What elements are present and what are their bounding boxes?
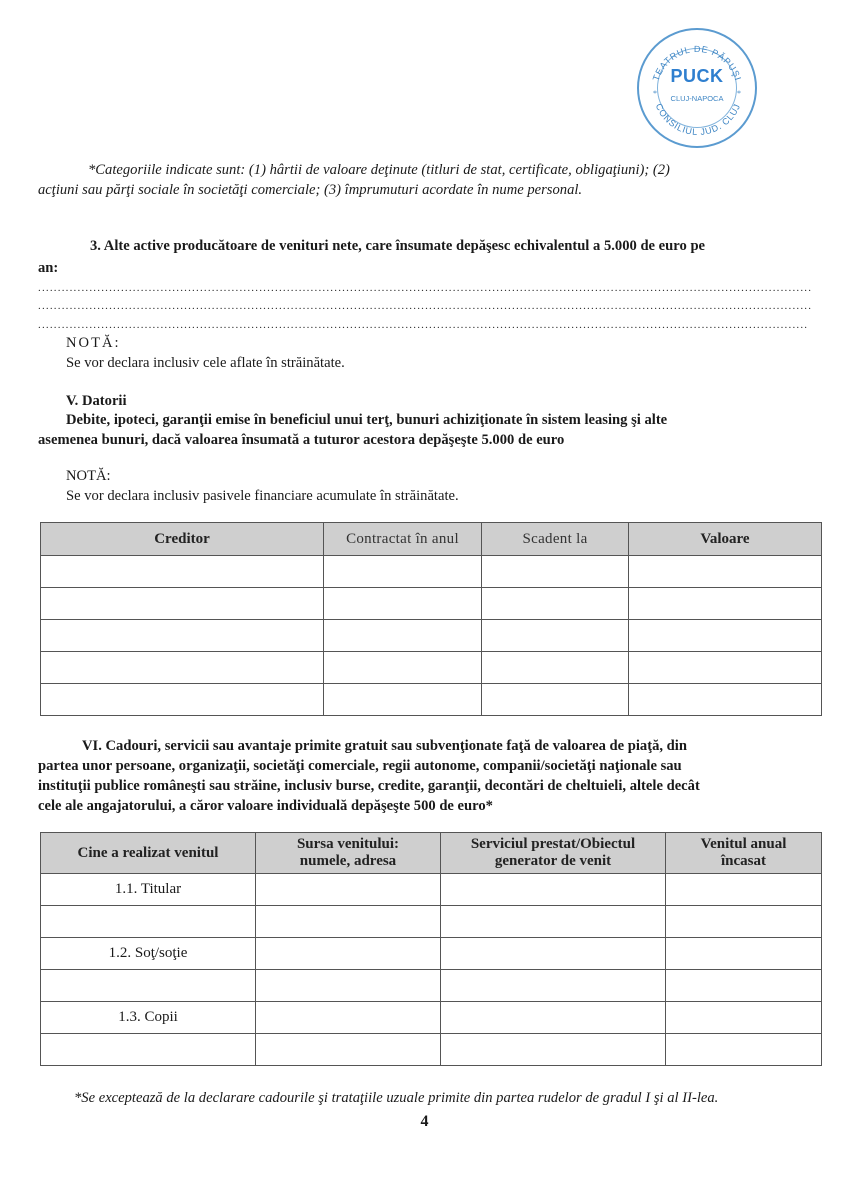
dotted-line-3[interactable]: ........................................… [38, 319, 808, 333]
empty-input-cell[interactable] [666, 938, 822, 970]
gifts-table-row: 1.2. Soţ/soţie [41, 938, 822, 970]
gifts-table-row [41, 906, 822, 938]
stamp-city-text: CLUJ-NAPOCA [639, 94, 755, 103]
section5-description-line2: asemenea bunuri, dacă valoarea însumată … [38, 430, 564, 450]
gifts-table: Cine a realizat venitul Sursa venitului:… [40, 832, 822, 1066]
empty-input-cell[interactable] [324, 652, 482, 684]
gifts-table-row: 1.1. Titular [41, 874, 822, 906]
gifts-footnote: *Se exceptează de la declarare cadourile… [74, 1088, 824, 1108]
header-contracted-year: Contractat în anul [324, 523, 482, 556]
empty-input-cell[interactable] [482, 620, 629, 652]
empty-input-cell[interactable] [324, 684, 482, 716]
empty-input-cell[interactable] [256, 874, 441, 906]
empty-input-cell[interactable] [256, 1002, 441, 1034]
empty-input-cell[interactable] [441, 1034, 666, 1066]
empty-input-cell[interactable] [666, 970, 822, 1002]
section6-line-2: partea unor persoane, organizaţii, socie… [38, 756, 820, 776]
empty-input-cell[interactable] [41, 588, 324, 620]
debts-table: Creditor Contractat în anul Scadent la V… [40, 522, 822, 716]
empty-input-cell[interactable] [666, 1034, 822, 1066]
header-creditor: Creditor [41, 523, 324, 556]
empty-input-cell[interactable] [441, 938, 666, 970]
empty-input-cell[interactable] [41, 906, 256, 938]
empty-input-cell[interactable] [41, 1034, 256, 1066]
empty-input-cell[interactable] [629, 620, 822, 652]
empty-input-cell[interactable] [256, 1034, 441, 1066]
header-who-earned: Cine a realizat venitul [41, 833, 256, 874]
empty-input-cell[interactable] [666, 906, 822, 938]
header-annual-income: Venitul anualîncasat [666, 833, 822, 874]
header-due-date: Scadent la [482, 523, 629, 556]
section5-note-label: NOTĂ: [66, 466, 111, 486]
empty-input-cell[interactable] [666, 1002, 822, 1034]
empty-input-cell[interactable] [441, 1002, 666, 1034]
header-income-source: Sursa venitului:numele, adresa [256, 833, 441, 874]
empty-input-cell[interactable] [482, 556, 629, 588]
empty-input-cell[interactable] [629, 684, 822, 716]
empty-input-cell[interactable] [441, 970, 666, 1002]
empty-input-cell[interactable] [482, 588, 629, 620]
stamp-bottom-text: CONSILIUL JUD. CLUJ [654, 102, 743, 137]
empty-input-cell[interactable] [324, 588, 482, 620]
empty-input-cell[interactable] [666, 874, 822, 906]
section3-heading-cont: an: [38, 258, 58, 278]
empty-input-cell[interactable] [256, 906, 441, 938]
section5-description-line1: Debite, ipoteci, garanţii emise în benef… [66, 410, 819, 430]
stamp-center-text: PUCK [639, 66, 755, 87]
gifts-table-header: Cine a realizat venitul Sursa venitului:… [41, 833, 822, 874]
debts-table-row [41, 620, 822, 652]
empty-input-cell[interactable] [41, 556, 324, 588]
dotted-line-1[interactable]: ........................................… [38, 282, 813, 296]
empty-input-cell[interactable] [482, 684, 629, 716]
empty-input-cell[interactable] [629, 556, 822, 588]
empty-input-cell[interactable] [441, 906, 666, 938]
row-label-cell: 1.1. Titular [41, 874, 256, 906]
empty-input-cell[interactable] [324, 620, 482, 652]
categories-footnote-line2: acţiuni sau părţi sociale în societăţi c… [38, 180, 818, 200]
row-label-cell: 1.2. Soţ/soţie [41, 938, 256, 970]
section6-line-4: cele ale angajatorului, a căror valoare … [38, 796, 820, 816]
empty-input-cell[interactable] [256, 938, 441, 970]
debts-table-row [41, 556, 822, 588]
header-service-provided: Serviciul prestat/Obiectulgenerator de v… [441, 833, 666, 874]
empty-input-cell[interactable] [41, 652, 324, 684]
section5-note-text: Se vor declara inclusiv pasivele financi… [66, 486, 459, 506]
svg-text:CONSILIUL JUD. CLUJ: CONSILIUL JUD. CLUJ [654, 102, 743, 137]
empty-input-cell[interactable] [629, 588, 822, 620]
empty-input-cell[interactable] [324, 556, 482, 588]
row-label-cell: 1.3. Copii [41, 1002, 256, 1034]
section6-line-3: instituţii publice româneşti sau străine… [38, 776, 820, 796]
empty-input-cell[interactable] [41, 970, 256, 1002]
gifts-table-row: 1.3. Copii [41, 1002, 822, 1034]
section3-heading: 3. Alte active producătoare de venituri … [90, 236, 825, 256]
section3-note-label: NOTĂ: [66, 333, 121, 353]
empty-input-cell[interactable] [482, 652, 629, 684]
debts-table-row [41, 652, 822, 684]
empty-input-cell[interactable] [256, 970, 441, 1002]
empty-input-cell[interactable] [441, 874, 666, 906]
empty-input-cell[interactable] [41, 620, 324, 652]
institution-stamp: TEATRUL DE PĂPUŞI CONSILIUL JUD. CLUJ * … [637, 28, 757, 148]
page-number: 4 [0, 1113, 849, 1131]
section6-line-1: VI. Cadouri, servicii sau avantaje primi… [38, 736, 820, 756]
empty-input-cell[interactable] [629, 652, 822, 684]
dotted-line-2[interactable]: ........................................… [38, 300, 813, 314]
section3-note-text: Se vor declara inclusiv cele aflate în s… [66, 353, 345, 373]
gifts-table-row [41, 970, 822, 1002]
categories-footnote-line1: *Categoriile indicate sunt: (1) hârtii d… [88, 160, 823, 180]
section6-paragraph: VI. Cadouri, servicii sau avantaje primi… [38, 736, 820, 816]
section5-title: V. Datorii [66, 391, 127, 411]
debts-table-row [41, 684, 822, 716]
debts-table-row [41, 588, 822, 620]
header-value: Valoare [629, 523, 822, 556]
gifts-table-row [41, 1034, 822, 1066]
empty-input-cell[interactable] [41, 684, 324, 716]
stamp-arc-text: TEATRUL DE PĂPUŞI CONSILIUL JUD. CLUJ * … [639, 30, 755, 146]
debts-table-header: Creditor Contractat în anul Scadent la V… [41, 523, 822, 556]
